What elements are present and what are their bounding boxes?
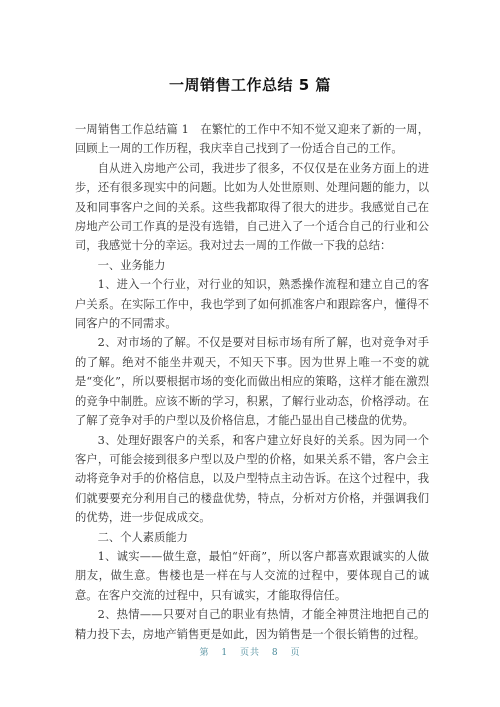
document-title: 一周销售工作总结 5 篇: [0, 74, 500, 95]
paragraph: 2、热情——只要对自己的职业有热情，才能全神贯注地把自己的精力投下去，房地产销售…: [75, 605, 429, 644]
section-heading-personal: 二、个人素质能力: [75, 528, 429, 547]
page-label-mid: 页共: [240, 648, 260, 658]
total-pages-number: 8: [272, 648, 279, 658]
paragraph: 1、诚实——做生意，最怕“奸商”，所以客户都喜欢跟诚实的人做朋友，做生意。售楼也…: [75, 547, 429, 605]
paragraph: 2、对市场的了解。不仅是要对目标市场有所了解，也对竞争对手的了解。绝对不能坐井观…: [75, 333, 429, 430]
document-page: 一周销售工作总结 5 篇 一周销售工作总结篇 1 在繁忙的工作中不知不觉又迎来了…: [0, 0, 500, 707]
document-body: 一周销售工作总结篇 1 在繁忙的工作中不知不觉又迎来了新的一周，回顾上一周的工作…: [75, 120, 429, 644]
page-label-prefix: 第: [199, 648, 209, 658]
page-label-suffix: 页: [290, 648, 300, 658]
paragraph: 自从进入房地产公司，我进步了很多，不仅仅是在业务方面上的进步，还有很多现实中的问…: [75, 159, 429, 256]
paragraph: 3、处理好跟客户的关系，和客户建立好良好的关系。因为同一个客户，可能会接到很多户…: [75, 431, 429, 528]
paragraph-intro: 一周销售工作总结篇 1 在繁忙的工作中不知不觉又迎来了新的一周，回顾上一周的工作…: [75, 120, 429, 159]
paragraph: 1、进入一个行业，对行业的知识，熟悉操作流程和建立自己的客户关系。在实际工作中，…: [75, 275, 429, 333]
current-page-number: 1: [221, 648, 228, 658]
section-heading-business: 一、业务能力: [75, 256, 429, 275]
page-footer: 第 1 页共 8 页: [0, 645, 500, 658]
